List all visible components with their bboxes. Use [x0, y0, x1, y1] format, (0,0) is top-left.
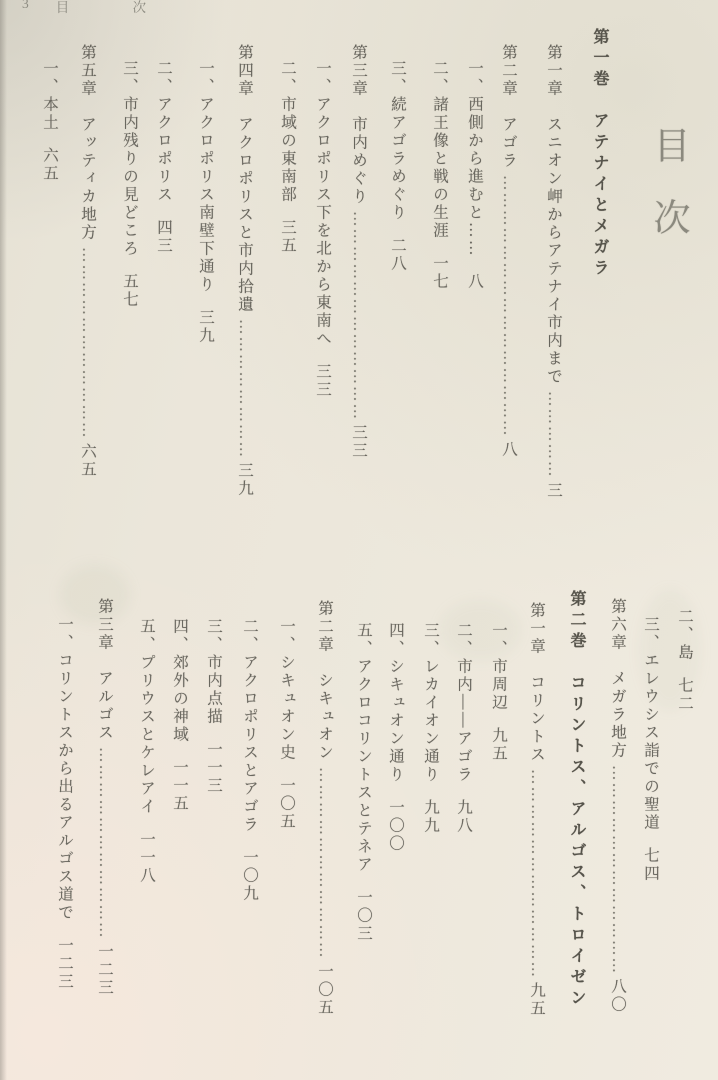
page-ref: 三 — [545, 482, 562, 500]
running-title: 目 次 — [56, 0, 176, 16]
toc-v2-ch3-item-1: 一、コリントスから出るアルゴス道で一二三 — [53, 616, 75, 991]
dot-leader: ……………………………………… — [500, 175, 517, 438]
toc-v1-ch3-item-2: 二、市域の東南部三五 — [276, 60, 298, 255]
page-ref: 一〇〇 — [387, 799, 404, 853]
toc-v2-ch2-item-1: 一、シキュオン史一〇五 — [275, 618, 297, 831]
toc-v2-chapter-2: 第二章 シキュオン……………………………一〇五 — [313, 600, 335, 1017]
page-ref: 一一三 — [205, 741, 222, 795]
page-ref: 二八 — [389, 237, 406, 273]
toc-v2-ch1-item-2: 二、市内――アゴラ九八 — [452, 622, 474, 835]
toc-v2-ch1-item-3: 三、レカイオン通り九九 — [419, 622, 441, 835]
toc-v1-chapter-5: 第五章 アッティカ地方……………………………六五 — [76, 44, 98, 479]
dot-leader: …………………………… — [79, 247, 96, 440]
toc-v1-ch4-item-1: 一、アクロポリス南壁下通り三九 — [194, 60, 216, 345]
toc-v2-chapter-3: 第三章 アルゴス……………………………一二三 — [93, 598, 115, 997]
toc-v1-ch3-item-1: 一、アクロポリス下を北から東南へ三三 — [311, 60, 333, 399]
toc-v2-ch2-item-4: 四、郊外の神域一一五 — [168, 618, 190, 813]
page-ref: 三三 — [350, 424, 367, 460]
page-ref: 一七 — [431, 255, 448, 291]
toc-v1-ch2-item-1: 一、西側から進むと……八 — [463, 60, 485, 291]
page-ref: 六五 — [41, 147, 58, 183]
dot-leader: ……………………………… — [528, 769, 545, 979]
running-header: 3 目 次 — [22, 0, 176, 16]
page-ref: 八 — [466, 273, 483, 291]
page-ref: 一二三 — [96, 943, 113, 997]
toc-v1-ch4-item-3: 三、市内残りの見どころ五七 — [118, 60, 140, 309]
toc-v1-chapter-3: 第三章 市内めぐり………………………………三三 — [347, 44, 369, 460]
toc-v2-ch2-item-5: 五、プリウスとケレアイ一一八 — [135, 618, 157, 885]
page-ref: 八〇 — [609, 978, 626, 1014]
toc-v1-ch4-item-2: 二、アクロポリス四三 — [152, 60, 174, 255]
toc-v2-ch2-item-3: 三、市内点描一一三 — [202, 618, 224, 795]
page-ref: 一〇五 — [278, 777, 295, 831]
book-page-photo: 3 目 次 目次 第一巻 アテナイとメガラ 第一章 スニオン岬からアテナイ市内ま… — [0, 0, 718, 1080]
toc-v1-ch5-item-1: 一、本土六五 — [38, 60, 60, 183]
toc-v1-chapter-2: 第二章 アゴラ………………………………………八 — [497, 44, 519, 459]
toc-v2-ch1-item-1: 一、市周辺九五 — [487, 622, 509, 763]
toc-v1-ch2-item-2: 二、諸王像と戦の生涯一七 — [428, 60, 450, 291]
page-ref: 五七 — [121, 273, 138, 309]
toc-v1-ch2-item-3: 三、続アゴラめぐり二八 — [386, 60, 408, 273]
page-ref: 四三 — [155, 219, 172, 255]
page-ref: 一〇三 — [355, 889, 372, 943]
page-left-edge-shadow — [0, 0, 7, 1080]
toc-v1-chapter-1: 第一章 スニオン岬からアテナイ市内まで……………三 — [542, 44, 564, 500]
page-ref: 九九 — [422, 799, 439, 835]
page-ref: 一〇五 — [316, 963, 333, 1017]
dot-leader: ……………………………… — [609, 765, 626, 975]
page-ref: 八 — [500, 441, 517, 459]
page-ref: 一二三 — [56, 937, 73, 991]
toc-v1-chapter-4: 第四章 アクロポリスと市内拾遺……………………三九 — [233, 44, 255, 498]
page-ref: 一一五 — [171, 759, 188, 813]
dot-leader: …………………………… — [316, 767, 333, 960]
page-ref: 九五 — [528, 982, 545, 1018]
toc-volume-1: 第一巻 アテナイとメガラ — [588, 28, 611, 280]
toc-v2-ch1-item-5: 五、アクロコリントスとテネア一〇三 — [352, 622, 374, 943]
page-ref: 九五 — [490, 727, 507, 763]
dot-leader: …………………………… — [96, 747, 113, 940]
page-ref: 三五 — [279, 219, 296, 255]
dot-leader: …………………… — [236, 319, 253, 459]
toc-v1-ch5-item-2: 二、島七二 — [673, 608, 695, 713]
dot-leader: …………… — [545, 391, 562, 479]
toc-v1-chapter-6: 第六章 メガラ地方………………………………八〇 — [606, 598, 628, 1014]
toc-v2-chapter-1: 第一章 コリントス………………………………九五 — [525, 602, 547, 1018]
page-ref: 七二 — [676, 677, 693, 713]
page-ref: 一一八 — [138, 831, 155, 885]
page-ref: 一〇九 — [241, 849, 258, 903]
page-ref: 六五 — [79, 443, 96, 479]
dot-leader: ……………………………… — [350, 211, 367, 421]
toc-v2-ch2-item-2: 二、アクロポリスとアゴラ一〇九 — [238, 618, 260, 903]
page-ref: 三九 — [197, 309, 214, 345]
toc-volume-2: 第二巻 コリントス、アルゴス、トロイゼン — [565, 590, 588, 1010]
page-ref: 七四 — [642, 847, 659, 883]
toc-v2-ch1-item-4: 四、シキュオン通り一〇〇 — [384, 622, 406, 853]
toc-v1-ch5-item-3: 三、エレウシス詣での聖道七四 — [639, 616, 661, 883]
toc-title: 目次 — [640, 126, 694, 270]
page-ref: 三三 — [314, 363, 331, 399]
page-ref: 三九 — [236, 462, 253, 498]
running-page-number: 3 — [22, 0, 30, 12]
page-ref: 九八 — [455, 799, 472, 835]
